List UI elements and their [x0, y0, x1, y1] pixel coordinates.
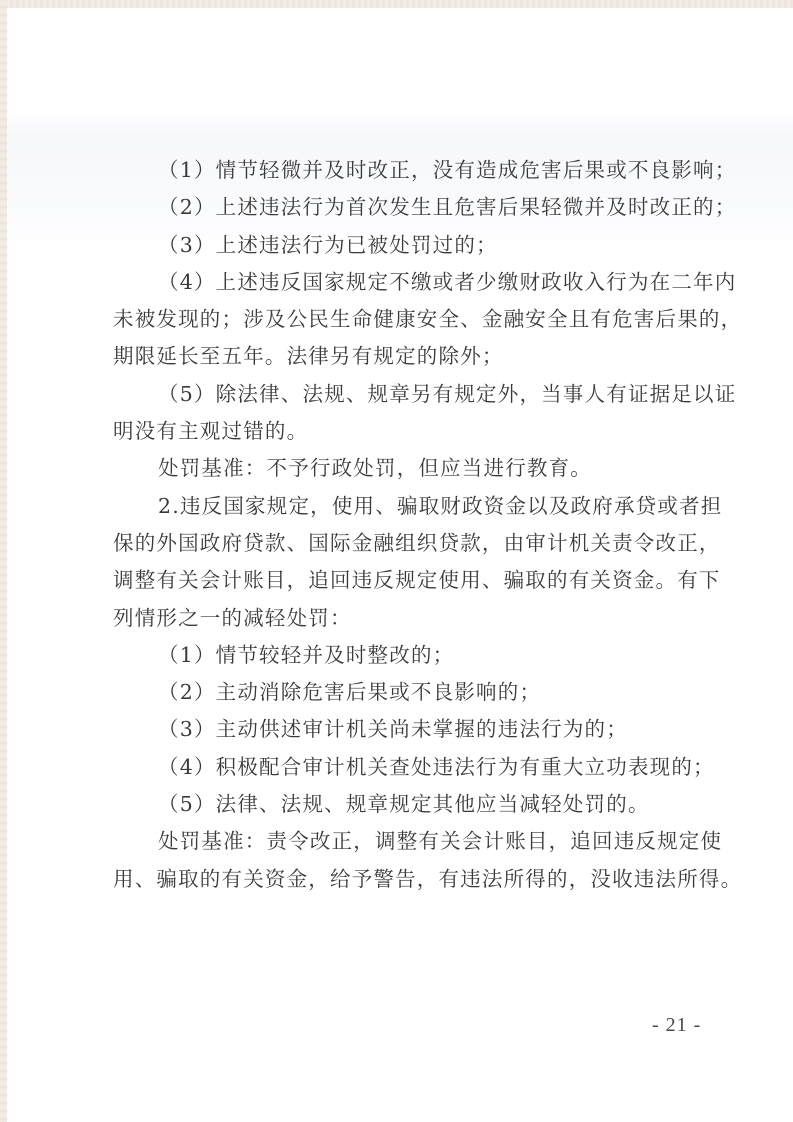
penalty-standard-1: 处罚基准：不予行政处罚，但应当进行教育。 [113, 450, 693, 487]
scan-edge-left [0, 0, 7, 1122]
text-line-item-1-4: （4）上述违反国家规定不缴或者少缴财政收入行为在二年内 [113, 264, 693, 301]
text-line-item-1-4-cont: 未被发现的；涉及公民生命健康安全、金融安全且有危害后果的， [113, 301, 693, 338]
text-line-item-2-5: （5）法律、法规、规章规定其他应当减轻处罚的。 [113, 786, 693, 823]
text-line-item-2-3: （3）主动供述审计机关尚未掌握的违法行为的； [113, 711, 693, 748]
page-number: - 21 - [652, 1014, 701, 1037]
section-2-cont: 调整有关会计账目，追回违反规定使用、骗取的有关资金。有下 [113, 562, 693, 599]
scan-edge-top [0, 0, 793, 8]
section-2-cont: 列情形之一的减轻处罚： [113, 600, 693, 637]
section-2-cont: 保的外国政府贷款、国际金融组织贷款，由审计机关责令改正， [113, 525, 693, 562]
text-line-item-1-4-cont: 期限延长至五年。法律另有规定的除外； [113, 338, 693, 375]
text-line-item-1-1: （1）情节轻微并及时改正，没有造成危害后果或不良影响； [113, 152, 693, 189]
document-body: （1）情节轻微并及时改正，没有造成危害后果或不良影响； （2）上述违法行为首次发… [113, 152, 693, 898]
text-line-item-1-3: （3）上述违法行为已被处罚过的； [113, 227, 693, 264]
text-line-item-1-5-cont: 明没有主观过错的。 [113, 413, 693, 450]
penalty-standard-2-cont: 用、骗取的有关资金，给予警告，有违法所得的，没收违法所得。 [113, 861, 693, 898]
text-line-item-1-2: （2）上述违法行为首次发生且危害后果轻微并及时改正的； [113, 189, 693, 226]
text-line-item-1-5: （5）除法律、法规、规章另有规定外，当事人有证据足以证 [113, 376, 693, 413]
section-2-heading: 2.违反国家规定，使用、骗取财政资金以及政府承贷或者担 [113, 488, 693, 525]
text-line-item-2-2: （2）主动消除危害后果或不良影响的； [113, 674, 693, 711]
text-line-item-2-1: （1）情节较轻并及时整改的； [113, 637, 693, 674]
text-line-item-2-4: （4）积极配合审计机关查处违法行为有重大立功表现的； [113, 749, 693, 786]
penalty-standard-2: 处罚基准：责令改正，调整有关会计账目，追回违反规定使 [113, 823, 693, 860]
